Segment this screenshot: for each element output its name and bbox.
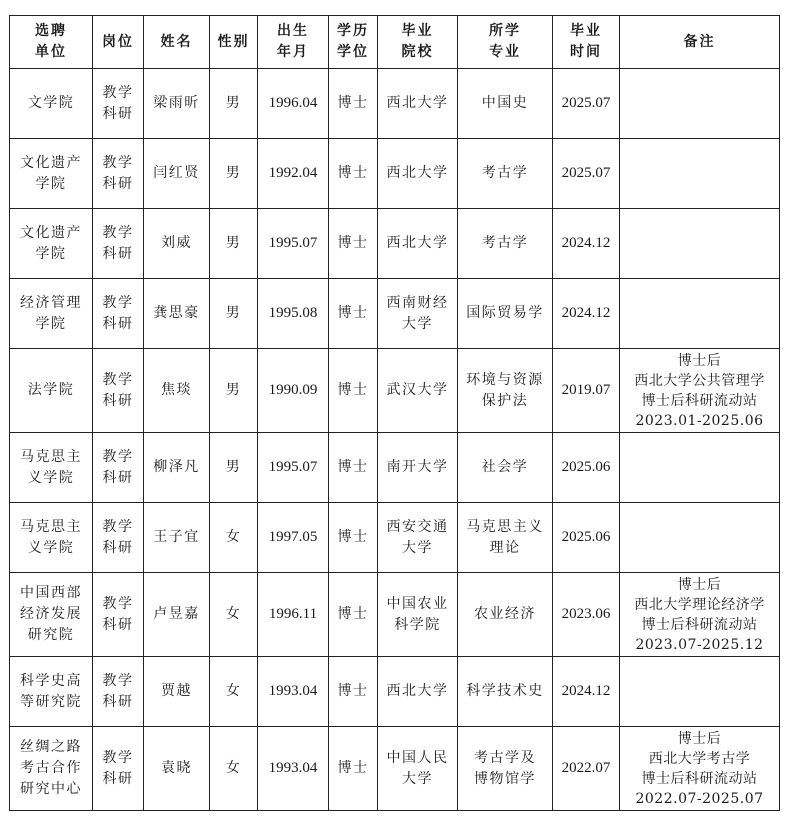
cell-major: 农业经济 xyxy=(458,573,553,657)
cell-unit: 科学史高 等研究院 xyxy=(10,657,93,727)
header-unit: 选聘 单位 xyxy=(10,16,93,69)
cell-name: 贾越 xyxy=(144,657,210,727)
cell-name: 闫红贤 xyxy=(144,139,210,209)
header-post: 岗位 xyxy=(93,16,144,69)
cell-note: 博士后 西北大学理论经济学 博士后科研流动站 2023.07-2025.12 xyxy=(620,573,780,657)
cell-post: 教学 科研 xyxy=(93,573,144,657)
cell-unit: 文化遗产 学院 xyxy=(10,139,93,209)
table-row: 文学院 教学 科研 梁雨昕 男 1996.04 博士 西北大学 中国史 2025… xyxy=(10,69,780,139)
table-row: 文化遗产 学院 教学 科研 刘威 男 1995.07 博士 西北大学 考古学 2… xyxy=(10,209,780,279)
cell-grad-time: 2022.07 xyxy=(553,727,620,811)
cell-grad-time: 2025.07 xyxy=(553,139,620,209)
cell-note: 博士后 西北大学公共管理学 博士后科研流动站 2023.01-2025.06 xyxy=(620,349,780,433)
cell-birth: 1993.04 xyxy=(258,657,329,727)
cell-note xyxy=(620,433,780,503)
table-row: 中国西部 经济发展 研究院 教学 科研 卢昱嘉 女 1996.11 博士 中国农… xyxy=(10,573,780,657)
header-degree: 学历 学位 xyxy=(329,16,378,69)
cell-birth: 1996.11 xyxy=(258,573,329,657)
cell-birth: 1995.07 xyxy=(258,209,329,279)
cell-unit: 经济管理 学院 xyxy=(10,279,93,349)
cell-unit: 文化遗产 学院 xyxy=(10,209,93,279)
cell-degree: 博士 xyxy=(329,209,378,279)
cell-name: 龚思豪 xyxy=(144,279,210,349)
table-row: 文化遗产 学院 教学 科研 闫红贤 男 1992.04 博士 西北大学 考古学 … xyxy=(10,139,780,209)
cell-gender: 女 xyxy=(210,727,258,811)
cell-major: 考古学 xyxy=(458,139,553,209)
cell-note xyxy=(620,657,780,727)
cell-post: 教学 科研 xyxy=(93,503,144,573)
cell-name: 刘威 xyxy=(144,209,210,279)
cell-unit: 丝绸之路 考古合作 研究中心 xyxy=(10,727,93,811)
cell-post: 教学 科研 xyxy=(93,657,144,727)
cell-degree: 博士 xyxy=(329,139,378,209)
cell-birth: 1997.05 xyxy=(258,503,329,573)
cell-post: 教学 科研 xyxy=(93,69,144,139)
cell-grad-time: 2025.07 xyxy=(553,69,620,139)
table-row: 法学院 教学 科研 焦琰 男 1990.09 博士 武汉大学 环境与资源 保护法… xyxy=(10,349,780,433)
cell-major: 考古学及 博物馆学 xyxy=(458,727,553,811)
cell-grad-time: 2024.12 xyxy=(553,657,620,727)
cell-school: 武汉大学 xyxy=(378,349,458,433)
cell-unit: 文学院 xyxy=(10,69,93,139)
header-note: 备注 xyxy=(620,16,780,69)
cell-note xyxy=(620,503,780,573)
cell-name: 王子宜 xyxy=(144,503,210,573)
header-birth: 出生 年月 xyxy=(258,16,329,69)
cell-degree: 博士 xyxy=(329,279,378,349)
cell-major: 考古学 xyxy=(458,209,553,279)
header-major: 所学 专业 xyxy=(458,16,553,69)
cell-degree: 博士 xyxy=(329,573,378,657)
cell-birth: 1992.04 xyxy=(258,139,329,209)
cell-school: 西北大学 xyxy=(378,657,458,727)
cell-school: 西安交通 大学 xyxy=(378,503,458,573)
header-grad-time: 毕业 时间 xyxy=(553,16,620,69)
cell-school: 西北大学 xyxy=(378,69,458,139)
cell-grad-time: 2024.12 xyxy=(553,279,620,349)
cell-name: 卢昱嘉 xyxy=(144,573,210,657)
cell-birth: 1990.09 xyxy=(258,349,329,433)
cell-degree: 博士 xyxy=(329,657,378,727)
cell-school: 西北大学 xyxy=(378,139,458,209)
header-name: 姓名 xyxy=(144,16,210,69)
cell-name: 焦琰 xyxy=(144,349,210,433)
cell-school: 南开大学 xyxy=(378,433,458,503)
table-row: 经济管理 学院 教学 科研 龚思豪 男 1995.08 博士 西南财经 大学 国… xyxy=(10,279,780,349)
cell-note: 博士后 西北大学考古学 博士后科研流动站 2022.07-2025.07 xyxy=(620,727,780,811)
cell-note xyxy=(620,209,780,279)
cell-birth: 1995.08 xyxy=(258,279,329,349)
table-row: 丝绸之路 考古合作 研究中心 教学 科研 袁晓 女 1993.04 博士 中国人… xyxy=(10,727,780,811)
cell-note xyxy=(620,279,780,349)
cell-note xyxy=(620,69,780,139)
cell-post: 教学 科研 xyxy=(93,139,144,209)
cell-unit: 马克思主 义学院 xyxy=(10,433,93,503)
cell-degree: 博士 xyxy=(329,433,378,503)
cell-major: 马克思主义 理论 xyxy=(458,503,553,573)
cell-name: 梁雨昕 xyxy=(144,69,210,139)
cell-post: 教学 科研 xyxy=(93,349,144,433)
table-row: 马克思主 义学院 教学 科研 王子宜 女 1997.05 博士 西安交通 大学 … xyxy=(10,503,780,573)
cell-birth: 1995.07 xyxy=(258,433,329,503)
cell-gender: 男 xyxy=(210,209,258,279)
cell-post: 教学 科研 xyxy=(93,727,144,811)
cell-major: 中国史 xyxy=(458,69,553,139)
cell-school: 中国农业 科学院 xyxy=(378,573,458,657)
cell-gender: 男 xyxy=(210,279,258,349)
header-school: 毕业 院校 xyxy=(378,16,458,69)
cell-grad-time: 2024.12 xyxy=(553,209,620,279)
cell-school: 中国人民 大学 xyxy=(378,727,458,811)
cell-name: 柳泽凡 xyxy=(144,433,210,503)
cell-unit: 法学院 xyxy=(10,349,93,433)
recruitment-roster-table: 选聘 单位 岗位 姓名 性别 出生 年月 学历 学位 毕业 院校 所学 专业 毕… xyxy=(9,15,780,811)
cell-note xyxy=(620,139,780,209)
cell-major: 社会学 xyxy=(458,433,553,503)
cell-unit: 中国西部 经济发展 研究院 xyxy=(10,573,93,657)
cell-gender: 男 xyxy=(210,433,258,503)
cell-grad-time: 2025.06 xyxy=(553,433,620,503)
cell-gender: 男 xyxy=(210,139,258,209)
table-row: 科学史高 等研究院 教学 科研 贾越 女 1993.04 博士 西北大学 科学技… xyxy=(10,657,780,727)
cell-major: 环境与资源 保护法 xyxy=(458,349,553,433)
cell-birth: 1996.04 xyxy=(258,69,329,139)
cell-gender: 男 xyxy=(210,69,258,139)
cell-degree: 博士 xyxy=(329,69,378,139)
cell-gender: 女 xyxy=(210,657,258,727)
cell-post: 教学 科研 xyxy=(93,209,144,279)
header-row: 选聘 单位 岗位 姓名 性别 出生 年月 学历 学位 毕业 院校 所学 专业 毕… xyxy=(10,16,780,69)
cell-grad-time: 2023.06 xyxy=(553,573,620,657)
cell-grad-time: 2025.06 xyxy=(553,503,620,573)
cell-post: 教学 科研 xyxy=(93,433,144,503)
cell-school: 西北大学 xyxy=(378,209,458,279)
cell-gender: 男 xyxy=(210,349,258,433)
cell-major: 国际贸易学 xyxy=(458,279,553,349)
cell-major: 科学技术史 xyxy=(458,657,553,727)
cell-unit: 马克思主 义学院 xyxy=(10,503,93,573)
cell-birth: 1993.04 xyxy=(258,727,329,811)
cell-school: 西南财经 大学 xyxy=(378,279,458,349)
cell-post: 教学 科研 xyxy=(93,279,144,349)
cell-grad-time: 2019.07 xyxy=(553,349,620,433)
cell-degree: 博士 xyxy=(329,503,378,573)
cell-degree: 博士 xyxy=(329,727,378,811)
cell-degree: 博士 xyxy=(329,349,378,433)
table-row: 马克思主 义学院 教学 科研 柳泽凡 男 1995.07 博士 南开大学 社会学… xyxy=(10,433,780,503)
cell-name: 袁晓 xyxy=(144,727,210,811)
cell-gender: 女 xyxy=(210,503,258,573)
header-gender: 性别 xyxy=(210,16,258,69)
cell-gender: 女 xyxy=(210,573,258,657)
